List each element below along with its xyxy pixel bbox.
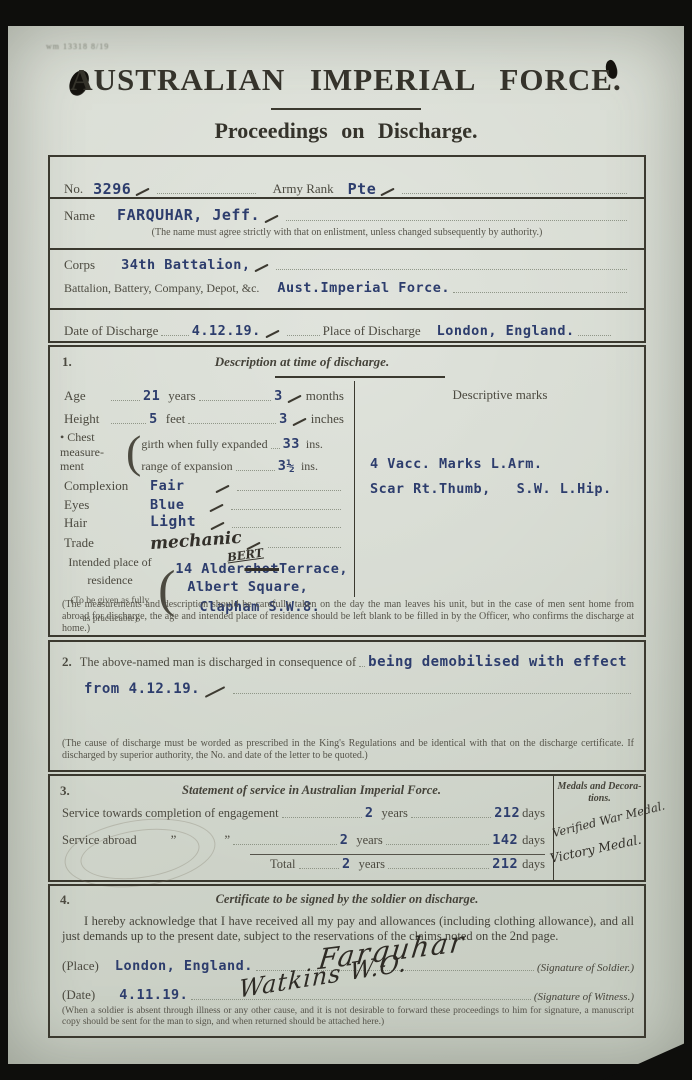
cause-lead: The above-named man is discharged in con…: [80, 655, 356, 670]
corps-label: Corps: [64, 257, 95, 273]
residence-line1-struck: shot: [244, 561, 279, 577]
page-subtitle: Proceedings on Discharge.: [8, 118, 684, 144]
trade-row: Trade mechanic: [64, 531, 344, 551]
months-word: months: [306, 388, 344, 404]
medals-column: Medals and Decora- tions. Verified War M…: [555, 776, 644, 880]
hair-label: Hair: [64, 515, 150, 531]
service-years: 2: [340, 833, 349, 848]
check-mark: [381, 188, 395, 197]
section2-number: 2.: [62, 654, 72, 670]
age-label: Age: [64, 388, 108, 404]
measurements-column: Age 21 years 3 months Height 5 feet 3 in…: [50, 381, 355, 597]
print-code: wm 13318 8/19: [46, 42, 109, 51]
complexion-row: Complexion Fair: [64, 475, 344, 494]
battalion-label: Battalion, Battery, Company, Depot, &c.: [64, 281, 259, 296]
height-feet-value: 5: [149, 412, 158, 427]
total-days: 212: [492, 857, 518, 872]
expansion-unit: ins.: [301, 459, 318, 474]
name-row: Name FARQUHAR, Jeff. (The name must agre…: [50, 199, 644, 248]
service-number-label: No.: [64, 181, 83, 197]
feet-word: feet: [166, 411, 185, 427]
cause-line1: being demobilised with effect: [368, 655, 627, 670]
days-word: days: [522, 857, 545, 872]
service-row-label: Service abroad: [62, 833, 137, 848]
brace-glyph: (: [126, 430, 141, 474]
title-rule: [271, 108, 421, 110]
service-row: Service abroad ” ” 2 years 142 days: [62, 832, 545, 848]
discharge-date-value: 4.12.19.: [192, 324, 261, 339]
chest-word-1: Chest: [67, 430, 94, 444]
check-mark: [205, 687, 226, 699]
years-word: years: [359, 857, 385, 872]
place-value: London, England.: [115, 959, 253, 974]
section1-title-rule: [275, 376, 445, 378]
army-rank-value: Pte: [348, 181, 377, 198]
marks-line2: Scar Rt.Thumb, S.W. L.Hip.: [370, 482, 644, 497]
section3-number: 3.: [60, 783, 70, 799]
total-years: 2: [342, 857, 351, 872]
years-word: years: [382, 806, 408, 821]
cause-row-2: from 4.12.19.: [50, 670, 644, 697]
days-word: days: [522, 833, 545, 848]
age-row: Age 21 years 3 months: [64, 381, 344, 404]
section4-footnote: (When a soldier is absent through illnes…: [62, 1006, 634, 1029]
height-inches-value: 3: [279, 412, 288, 427]
service-row: Service towards completion of engagement…: [62, 806, 545, 821]
identity-box: No. 3296 Army Rank Pte Name FARQUHAR, Je…: [48, 155, 646, 343]
date-row: (Date) 4.11.19. (Signature of Witness.): [62, 987, 634, 1003]
name-value: FARQUHAR, Jeff.: [117, 207, 260, 224]
years-word: years: [356, 833, 382, 848]
check-mark: [292, 418, 306, 427]
date-label: (Date): [62, 987, 95, 1003]
girth-value: 33: [283, 437, 300, 452]
battalion-value: Aust.Imperial Force.: [277, 281, 450, 296]
inches-word: inches: [311, 411, 344, 427]
army-rank-label: Army Rank: [273, 181, 334, 197]
marks-line1: 4 Vacc. Marks L.Arm.: [370, 457, 644, 472]
service-box: 3. Statement of service in Australian Im…: [48, 774, 646, 882]
medals-title-2: tions.: [588, 793, 611, 804]
corps-value: 34th Battalion,: [121, 258, 250, 273]
section4-title: Certificate to be signed by the soldier …: [50, 892, 644, 907]
section1-title: Description at time of discharge.: [50, 354, 554, 370]
ditto-mark: ”: [224, 832, 230, 848]
service-number-value: 3296: [93, 181, 131, 198]
check-mark: [264, 214, 278, 223]
girth-unit: ins.: [306, 437, 323, 452]
discharge-date-label: Date of Discharge: [64, 323, 158, 339]
scanned-discharge-form: { "page": { "print_code": "wm 13318 8/19…: [0, 0, 692, 1080]
cause-box: 2. The above-named man is discharged in …: [48, 640, 646, 772]
total-label: Total: [270, 857, 296, 872]
check-mark: [265, 330, 279, 339]
check-mark: [215, 485, 229, 494]
age-years-value: 21: [143, 389, 160, 404]
chest-word-2: measure-: [60, 445, 104, 459]
paper-sheet: wm 13318 8/19 AUSTRALIAN IMPERIAL FORCE.…: [8, 26, 684, 1064]
service-main: 3. Statement of service in Australian Im…: [50, 776, 554, 880]
soldier-signature-label: (Signature of Soldier.): [537, 962, 634, 974]
residence-label-2: residence: [87, 573, 132, 587]
corps-row: Corps 34th Battalion, Battalion, Battery…: [50, 250, 644, 308]
service-years: 2: [365, 806, 374, 821]
service-row-label: Service towards completion of engagement: [62, 806, 279, 821]
service-days: 142: [492, 833, 518, 848]
girth-label: girth when fully expanded: [141, 437, 267, 452]
section1-footnote: (The measurements and description should…: [62, 599, 634, 634]
date-value: 4.11.19.: [119, 988, 188, 1003]
descriptive-marks-column: Descriptive marks 4 Vacc. Marks L.Arm. S…: [356, 381, 644, 597]
cause-line2: from 4.12.19.: [84, 682, 200, 697]
medals-title-1: Medals and Decora-: [558, 781, 642, 792]
years-word: years: [168, 388, 195, 404]
chest-word-3: ment: [60, 459, 84, 473]
page-title: AUSTRALIAN IMPERIAL FORCE.: [8, 62, 684, 98]
chest-row: • Chest measure- ment ( girth when fully…: [60, 429, 344, 475]
ditto-mark: ”: [171, 832, 177, 848]
hair-value: Light: [150, 515, 196, 531]
number-rank-row: No. 3296 Army Rank Pte: [50, 157, 644, 197]
expansion-value: 3½: [278, 459, 295, 474]
eyes-value: Blue: [150, 498, 185, 513]
eyes-label: Eyes: [64, 497, 150, 513]
bullet: •: [60, 430, 64, 444]
residence-line1-post: Terrace,: [279, 561, 348, 577]
eyes-row: Eyes Blue: [64, 494, 344, 513]
section3-title: Statement of service in Australian Imper…: [80, 783, 543, 798]
complexion-value: Fair: [150, 479, 185, 494]
trade-label: Trade: [64, 535, 150, 551]
cause-row: 2. The above-named man is discharged in …: [50, 642, 644, 670]
hair-row: Hair Light: [64, 513, 344, 531]
discharge-row: Date of Discharge 4.12.19. Place of Disc…: [50, 310, 644, 339]
name-note: (The name must agree strictly with that …: [50, 227, 644, 238]
age-months-value: 3: [274, 389, 283, 404]
description-box: 1. Description at time of discharge. Age…: [48, 345, 646, 637]
complexion-label: Complexion: [64, 478, 150, 494]
total-rule: [250, 854, 545, 855]
check-mark: [287, 395, 301, 404]
service-total-row: Total 2 years 212 days: [62, 857, 545, 872]
height-label: Height: [64, 411, 108, 427]
discharge-place-label: Place of Discharge: [323, 323, 421, 339]
certificate-box: 4. Certificate to be signed by the soldi…: [48, 884, 646, 1038]
check-mark: [255, 264, 269, 273]
residence-label-1: Intended place of: [68, 555, 151, 569]
days-word: days: [522, 806, 545, 821]
section2-footnote: (The cause of discharge must be worded a…: [62, 738, 634, 762]
witness-signature-label: (Signature of Witness.): [534, 991, 634, 1003]
check-mark: [209, 504, 223, 513]
height-row: Height 5 feet 3 inches: [64, 404, 344, 427]
residence-line2: Albert Square,: [187, 580, 348, 600]
expansion-label: range of expansion: [141, 459, 232, 474]
service-days: 212: [494, 806, 520, 821]
place-label: (Place): [62, 958, 99, 974]
marks-title: Descriptive marks: [356, 387, 644, 403]
check-mark: [136, 188, 150, 197]
name-label: Name: [64, 208, 95, 224]
chest-label: • Chest measure- ment: [60, 430, 126, 473]
discharge-place-value: London, England.: [437, 324, 575, 339]
